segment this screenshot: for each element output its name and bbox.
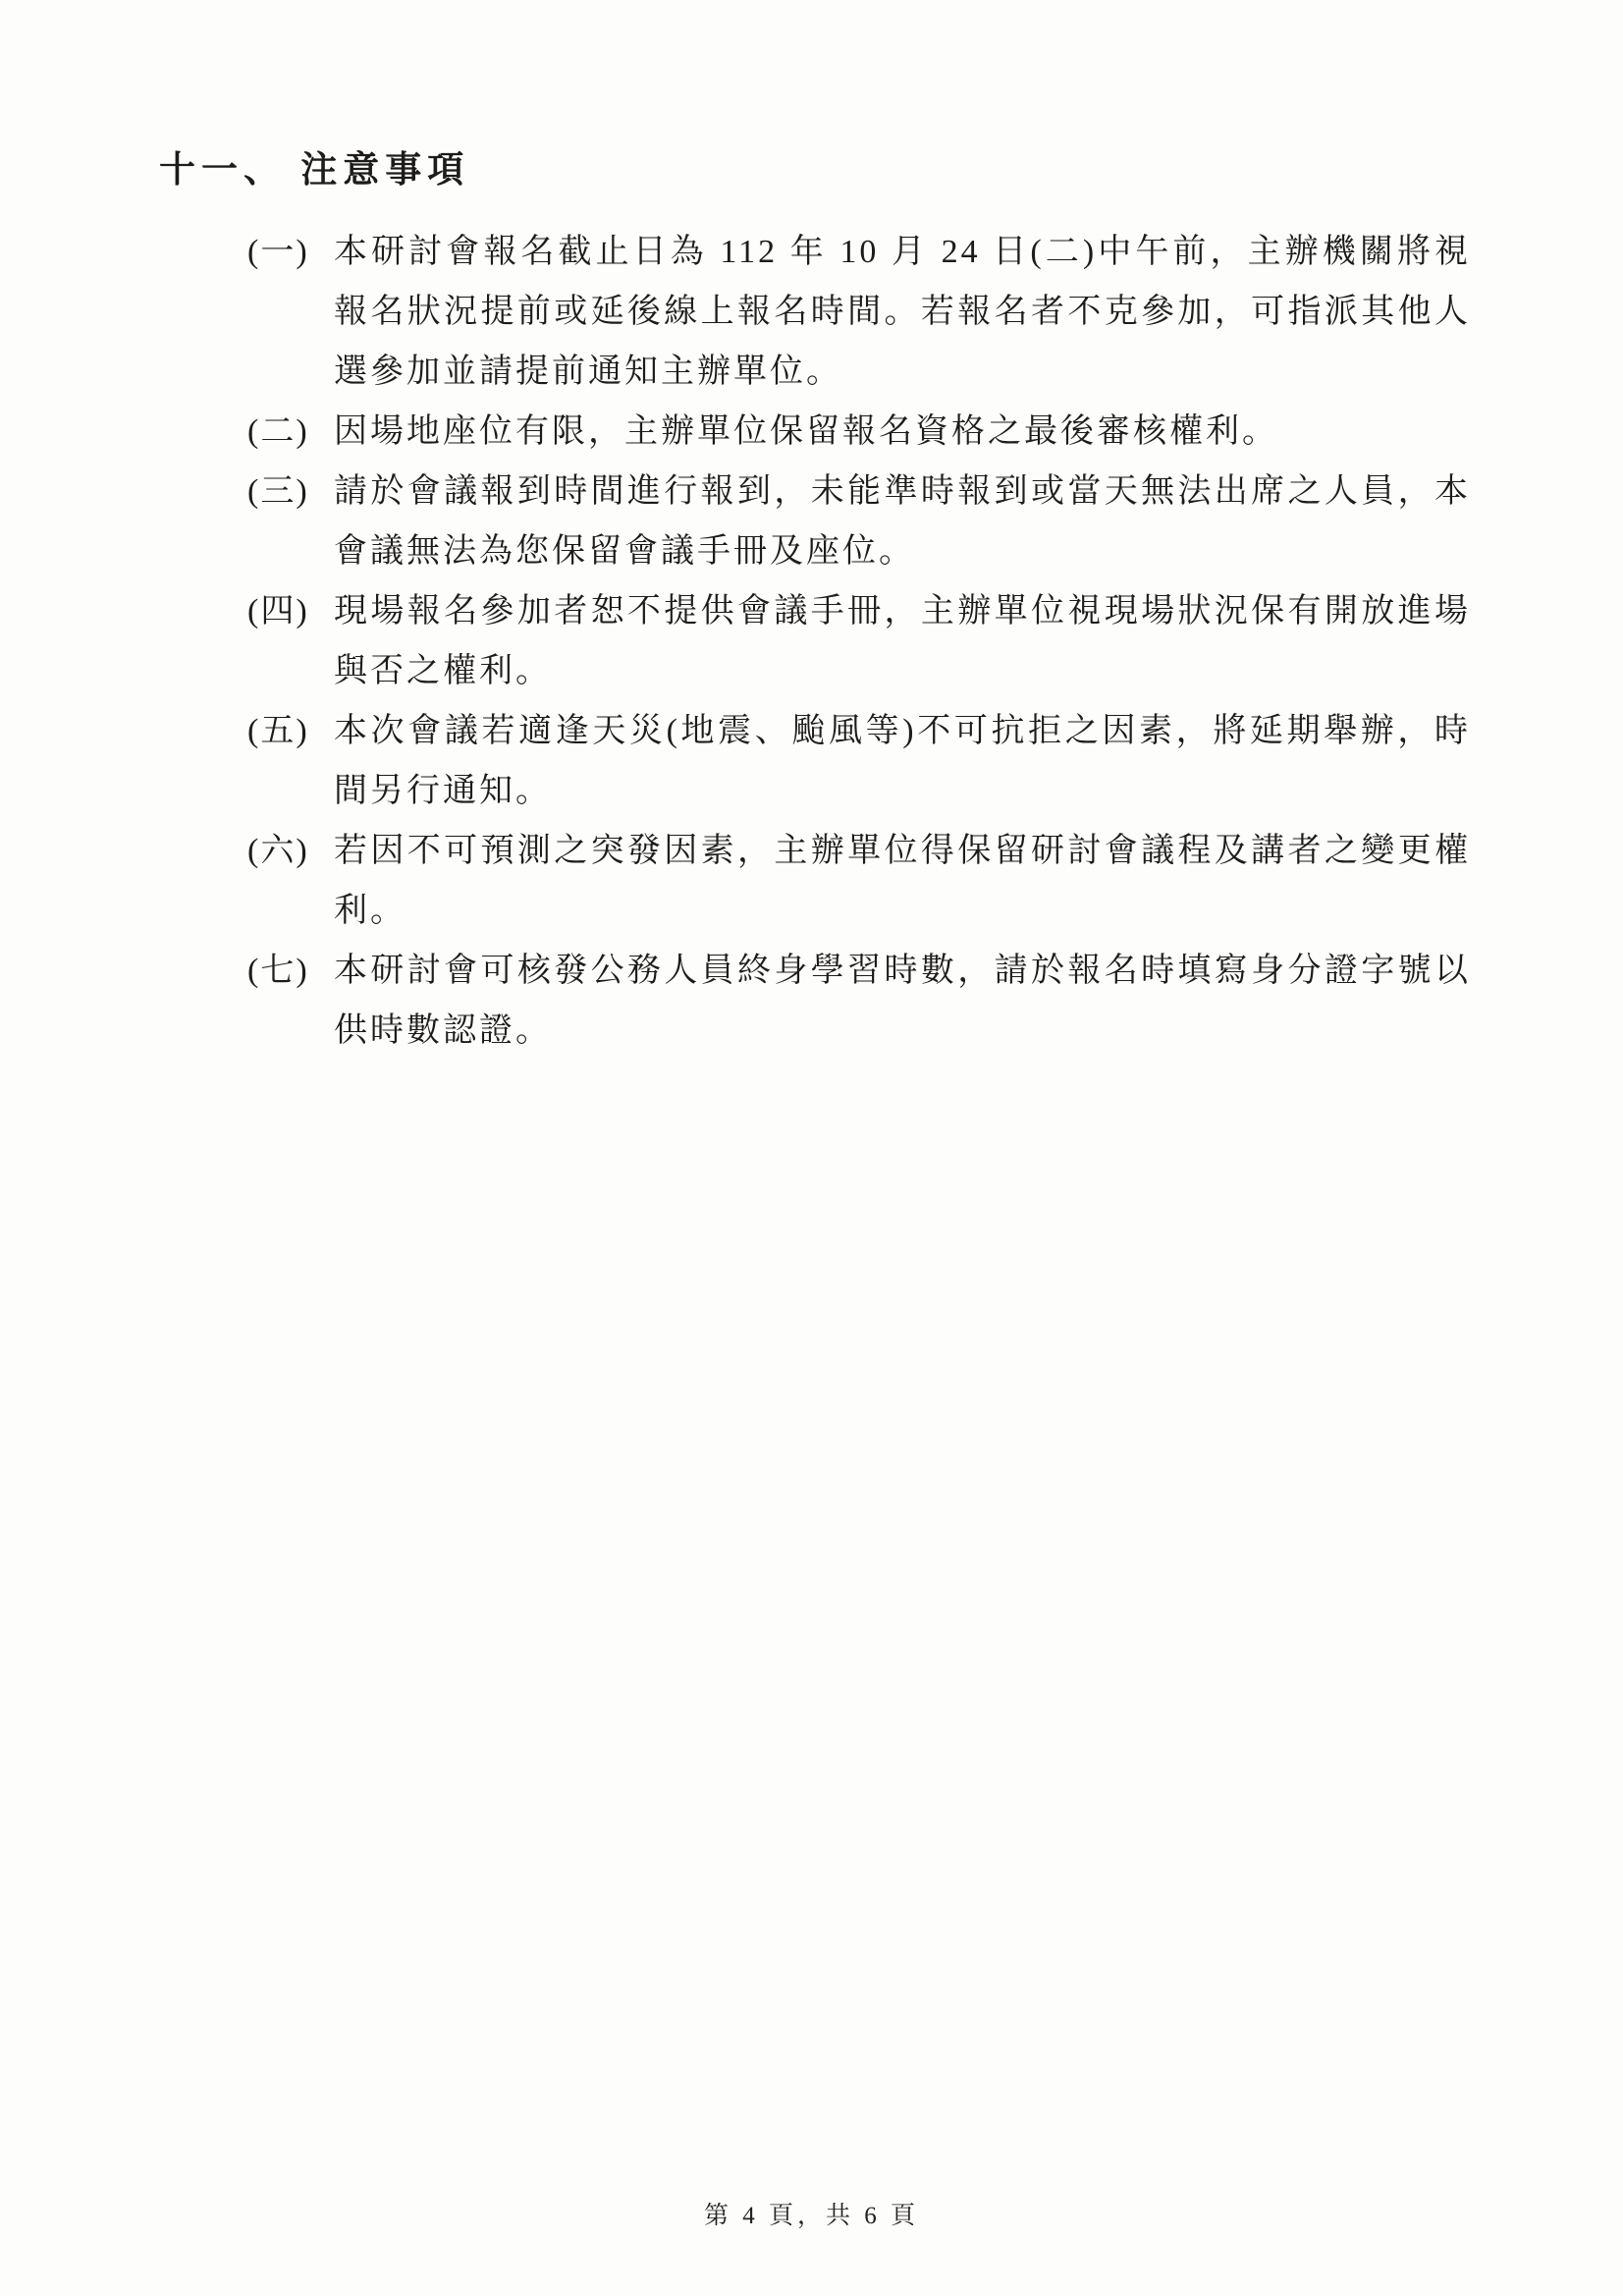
note-item-4-text: 現場報名參加者恕不提供會議手冊，主辦單位視現場狀況保有開放進場與否之權利。 [334,581,1471,701]
note-item-5-marker: (五) [247,701,334,761]
note-item-2-marker: (二) [247,402,334,462]
note-item-7-text: 本研討會可核發公務人員終身學習時數，請於報名時填寫身分證字號以供時數認證。 [334,941,1471,1061]
note-item-3-marker: (三) [247,462,334,521]
note-item-7: (七) 本研討會可核發公務人員終身學習時數，請於報名時填寫身分證字號以供時數認證… [247,941,1471,1061]
document-page: 十一、 注意事項 (一) 本研討會報名截止日為 112 年 10 月 24 日(… [0,0,1623,2296]
note-item-1-marker: (一) [247,222,334,282]
note-item-7-marker: (七) [247,941,334,1001]
note-item-4-marker: (四) [247,581,334,641]
note-item-1-text: 本研討會報名截止日為 112 年 10 月 24 日(二)中午前，主辦機關將視報… [334,222,1471,402]
notes-list: (一) 本研討會報名截止日為 112 年 10 月 24 日(二)中午前，主辦機… [247,222,1471,1061]
note-item-1: (一) 本研討會報名截止日為 112 年 10 月 24 日(二)中午前，主辦機… [247,222,1471,402]
note-item-4: (四) 現場報名參加者恕不提供會議手冊，主辦單位視現場狀況保有開放進場與否之權利… [247,581,1471,701]
note-item-3-text: 請於會議報到時間進行報到，未能準時報到或當天無法出席之人員，本會議無法為您保留會… [334,462,1471,581]
note-item-2-text: 因場地座位有限，主辦單位保留報名資格之最後審核權利。 [334,402,1471,462]
page-footer: 第 4 頁，共 6 頁 [0,2196,1623,2231]
note-item-6-marker: (六) [247,821,334,881]
note-item-5: (五) 本次會議若適逢天災(地震、颱風等)不可抗拒之因素，將延期舉辦，時間另行通… [247,701,1471,821]
note-item-5-text: 本次會議若適逢天災(地震、颱風等)不可抗拒之因素，將延期舉辦，時間另行通知。 [334,701,1471,821]
note-item-3: (三) 請於會議報到時間進行報到，未能準時報到或當天無法出席之人員，本會議無法為… [247,462,1471,581]
page-number: 第 4 頁，共 6 頁 [704,2203,919,2229]
note-item-6-text: 若因不可預測之突發因素，主辦單位得保留研討會議程及講者之變更權利。 [334,821,1471,941]
section-heading: 十一、 注意事項 [159,149,469,192]
note-item-6: (六) 若因不可預測之突發因素，主辦單位得保留研討會議程及講者之變更權利。 [247,821,1471,941]
note-item-2: (二) 因場地座位有限，主辦單位保留報名資格之最後審核權利。 [247,402,1471,462]
